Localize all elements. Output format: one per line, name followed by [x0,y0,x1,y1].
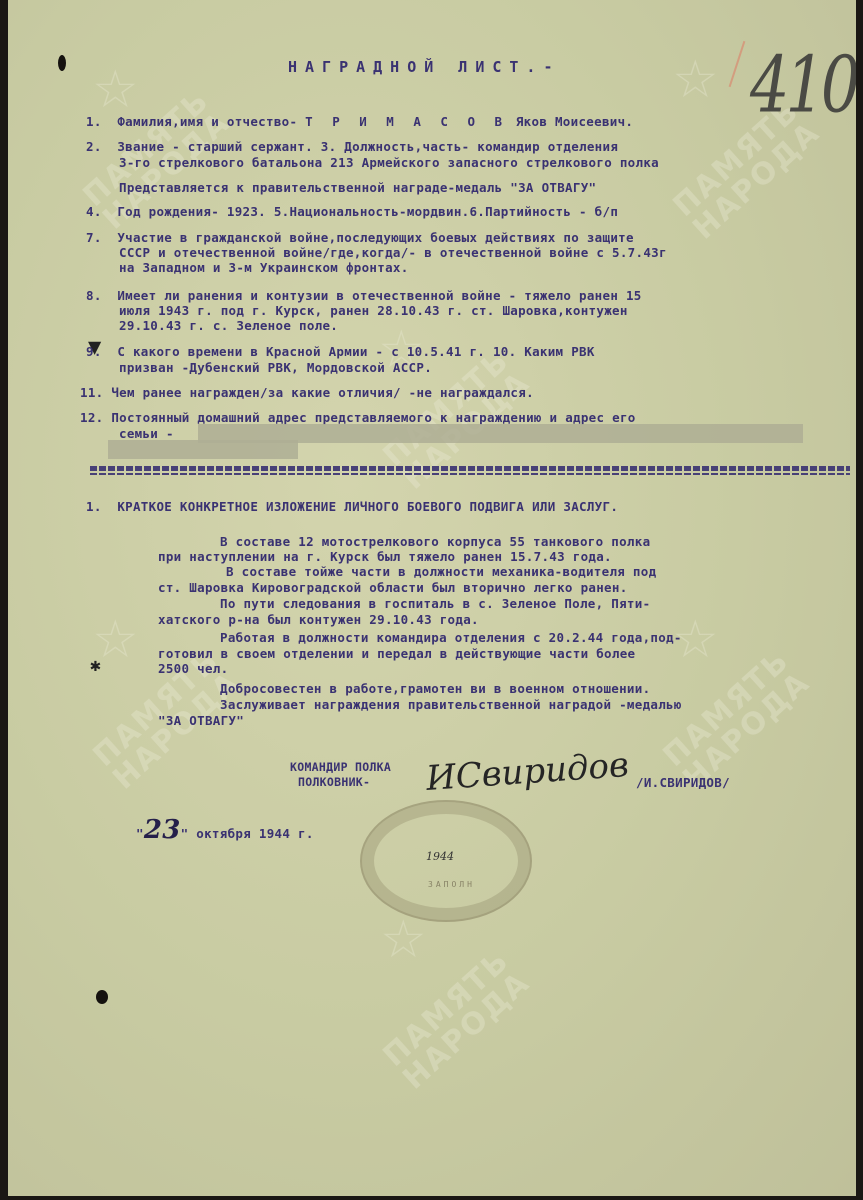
signer-rank: ПОЛКОВНИК- [298,775,370,789]
date-day-handwritten: 23 [144,815,181,845]
merit-text-line: хатского р-на был контужен 29.10.43 года… [158,612,479,627]
field-rank-position: 2. Звание - старший сержант. 3. Должност… [86,139,618,154]
award-sheet: ☆ ПАМЯТЬНАРОДА ☆ ПАМЯТЬНАРОДА ☆ ПАМЯТЬНА… [8,0,856,1196]
merit-text-line: Работая в должности командира отделения … [220,630,682,645]
stamp-ring-text: ЗАПОЛН [428,880,475,889]
merit-text-line: В составе тойже части в должности механи… [226,564,656,579]
punch-hole [96,990,108,1004]
field-home-address: 12. Постоянный домашний адрес представля… [80,410,636,425]
section-divider [90,466,850,471]
nomination-line: Представляется к правительственной награ… [119,180,596,195]
field-wounds: 8. Имеет ли ранения и контузии в отечест… [86,288,642,303]
stamp-center-text: 1944 [426,850,454,863]
red-pencil-mark [729,41,746,87]
document-date: "23" октября 1944 г. [136,815,314,845]
surname: Т Р И М А С О В [305,114,508,129]
merit-text-line: ст. Шаровка Кировоградской области был в… [158,580,628,595]
field-drafted-by: призван -Дубенский РВК, Мордовской АССР. [119,360,432,375]
field-full-name: 1. Фамилия,имя и отчество- Т Р И М А С О… [86,114,633,129]
merit-text-line: По пути следования в госпиталь в с. Зеле… [220,596,650,611]
signer-position: КОМАНДИР ПОЛКА [290,760,391,774]
ink-blot: ✱ [90,655,101,676]
section-heading: 1. КРАТКОЕ КОНКРЕТНОЕ ИЗЛОЖЕНИЕ ЛИЧНОГО … [86,499,618,514]
merit-text-line: при наступлении на г. Курск был тяжело р… [158,549,612,564]
field-wounds-line2: июля 1943 г. под г. Курск, ранен 28.10.4… [119,303,628,318]
merit-text-line: В составе 12 мотострелкового корпуса 55 … [220,534,650,549]
merit-text-line: готовил в своем отделении и передал в де… [158,646,635,661]
star-icon: ☆ [92,60,139,120]
merit-text-line: "ЗА ОТВАГУ" [158,713,244,728]
field-wounds-line3: 29.10.43 г. с. Зеленое поле. [119,318,338,333]
field-war-participation: 7. Участие в гражданской войне,последующ… [86,230,634,245]
star-icon: ☆ [672,50,719,110]
field-war-participation-line2: СССР и отечественной войне/где,когда/- в… [119,245,667,260]
field-army-since: 9. С какого времени в Красной Армии - с … [86,344,595,359]
punch-hole [58,55,66,71]
signature: ИСвиридов [425,745,630,799]
handwritten-number: 410 [750,39,856,130]
merit-text-line: Добросовестен в работе,грамотен ви в вое… [220,681,650,696]
field-birth-year-nationality: 4. Год рождения- 1923. 5.Национальность-… [86,204,618,219]
field-unit: 3-го стрелкового батальона 213 Армейског… [119,155,659,170]
field-family-label: семьи - [119,426,174,441]
field-prior-awards: 11. Чем ранее награжден/за какие отличия… [80,385,534,400]
signer-name: /И.СВИРИДОВ/ [636,775,730,790]
field-war-participation-line3: на Западном и 3-м Украинском фронтах. [119,260,409,275]
merit-text-line: 2500 чел. [158,661,228,676]
document-title: НАГРАДНОЙ ЛИСТ.- [288,58,561,76]
redacted-address [108,440,298,459]
merit-text-line: Заслуживает награждения правительственно… [220,697,682,712]
